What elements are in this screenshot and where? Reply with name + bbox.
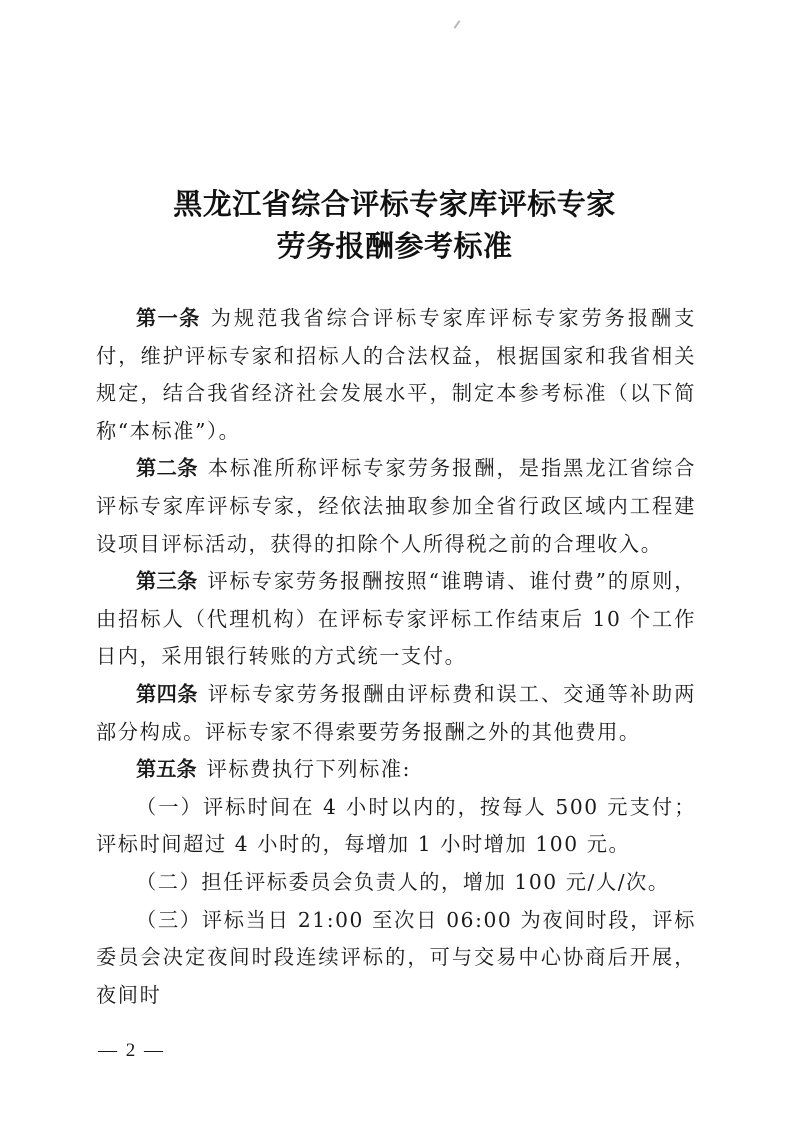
article-5: 第五条评标费执行下列标准: bbox=[96, 751, 696, 789]
scan-mark bbox=[454, 20, 461, 29]
item-2: （二）担任评标委员会负责人的，增加 100 元/人/次。 bbox=[96, 864, 696, 902]
document-title-line2: 劳务报酬参考标准 bbox=[0, 224, 789, 265]
item-3: （三）评标当日 21:00 至次日 06:00 为夜间时段，评标委员会决定夜间时… bbox=[96, 902, 696, 1015]
article-heading: 第四条 bbox=[136, 682, 198, 706]
article-3: 第三条评标专家劳务报酬按照“谁聘请、谁付费”的原则，由招标人（代理机构）在评标专… bbox=[96, 563, 696, 676]
item-1: （一）评标时间在 4 小时以内的，按每人 500 元支付；评标时间超过 4 小时… bbox=[96, 789, 696, 864]
article-heading: 第一条 bbox=[136, 306, 201, 330]
document-body: 第一条为规范我省综合评标专家库评标专家劳务报酬支付，维护评标专家和招标人的合法权… bbox=[96, 300, 696, 1014]
article-text: 评标费执行下列标准: bbox=[207, 757, 412, 781]
article-2: 第二条本标准所称评标专家劳务报酬，是指黑龙江省综合评标专家库评标专家，经依法抽取… bbox=[96, 450, 696, 563]
page-number: — 2 — bbox=[98, 1040, 165, 1062]
article-heading: 第五条 bbox=[136, 757, 197, 781]
document-title-line1: 黑龙江省综合评标专家库评标专家 bbox=[0, 182, 789, 223]
article-heading: 第三条 bbox=[136, 569, 198, 593]
article-heading: 第二条 bbox=[136, 456, 198, 480]
article-4: 第四条评标专家劳务报酬由评标费和误工、交通等补助两部分构成。评标专家不得索要劳务… bbox=[96, 676, 696, 751]
article-1: 第一条为规范我省综合评标专家库评标专家劳务报酬支付，维护评标专家和招标人的合法权… bbox=[96, 300, 696, 450]
